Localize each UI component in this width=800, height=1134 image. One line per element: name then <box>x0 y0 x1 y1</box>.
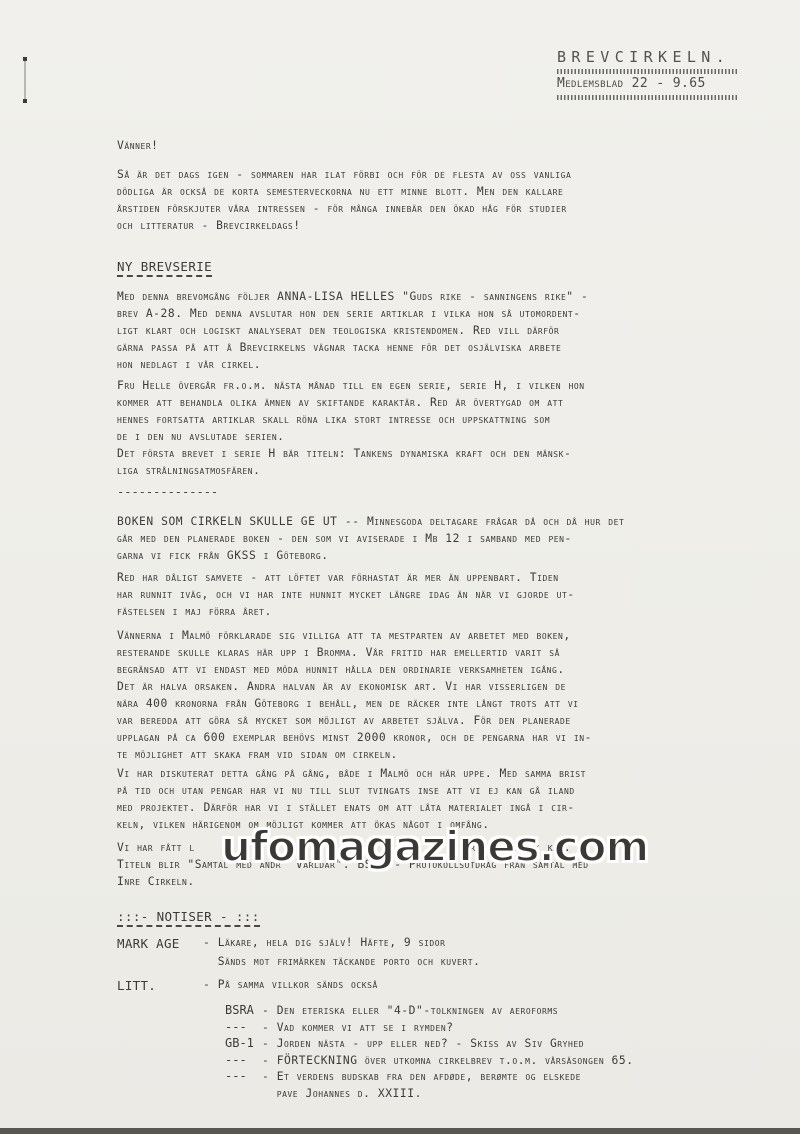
text-line: begränsad att vi endast med möda hunnit … <box>117 661 777 678</box>
sub-text: - Vad kommer vi att se i rymden? <box>262 1019 454 1036</box>
text-line: Vännerna i Malmö förklarade sig villiga … <box>117 627 777 644</box>
sub-label: GB-1 <box>225 1035 254 1051</box>
notice-sub-list: BSRA - Den eteriska eller "4-D"-tolkning… <box>117 1002 777 1101</box>
text-line: dödliga är också de korta semesterveckor… <box>117 183 777 200</box>
text-line: gärna passa på att å Brevcirkelns vägnar… <box>117 339 777 356</box>
notice-list: MARK AGE - Läkare, hela dig själv! Häfte… <box>117 934 777 995</box>
sub-text: pave Johannes d. XXIII. <box>262 1085 422 1102</box>
text-line: te möjlighet att skaka fram vid sidan om… <box>117 746 777 763</box>
boken-paragraph-1: BOKEN SOM CIRKELN SKULLE GE UT -- Minnes… <box>117 513 777 564</box>
sub-item: BSRA - Den eteriska eller "4-D"-tolkning… <box>117 1002 777 1019</box>
text-line: nära 400 kronorna från Göteborg i behåll… <box>117 695 777 712</box>
newsletter-title: BREVCIRKELN. <box>557 48 777 66</box>
greeting: Vänner! <box>117 137 777 154</box>
masthead-rule-bottom <box>557 95 737 100</box>
notice-text: - Läkare, hela dig själv! Häfte, 9 sidor <box>203 934 445 951</box>
section-notiser: :::- NOTISER - ::: <box>117 906 777 927</box>
masthead-rule-top <box>557 69 737 74</box>
sub-text: - Den eteriska eller "4-D"-tolkningen av… <box>262 1002 558 1019</box>
issue-label: Medlemsblad 22 - 9.65 <box>557 76 777 92</box>
notice-item: MARK AGE - Läkare, hela dig själv! Häfte… <box>117 934 777 953</box>
boken-paragraph-3: Vännerna i Malmö förklarade sig villiga … <box>117 627 777 763</box>
greeting-text: Vänner! <box>117 137 777 154</box>
sub-label: --- <box>225 1019 247 1035</box>
notice-item: LITT. - På samma villkor sänds också <box>117 976 777 995</box>
divider-line: -------------- <box>117 486 777 498</box>
text-line: med projektet. Därför har vi i stället e… <box>117 799 777 816</box>
sub-label: --- <box>225 1052 247 1068</box>
watermark: ufomagazines.com <box>221 824 648 870</box>
notice-item-continued: Sänds mot frimärken täckande porto och k… <box>117 953 777 972</box>
text-line: garna vi fick från GKSS i Göteborg. <box>117 547 777 564</box>
page-bottom-edge <box>0 1128 800 1134</box>
text-line: på tid och utan pengar har vi nu till sl… <box>117 782 777 799</box>
text-line: årstiden förskjuter våra intressen - för… <box>117 200 777 217</box>
text-line: Inre Cirkeln. <box>117 873 777 890</box>
text-line: hon nedlagt i vår cirkel. <box>117 356 777 373</box>
text-line: Vi har diskuterat detta gång på gång, bå… <box>117 765 777 782</box>
sub-item: --- - Et verdens budskab fra den afdøde,… <box>117 1068 777 1085</box>
text-line: brev A-28. Med denna avslutar hon den se… <box>117 305 777 322</box>
section-heading: :::- NOTISER - ::: <box>117 909 260 927</box>
sub-label: --- <box>225 1068 247 1084</box>
text-line: var beredda att göra så mycket som möjli… <box>117 712 777 729</box>
text-line: Med denna brevomgång följer ANNA-LISA HE… <box>117 288 777 305</box>
text-line: BOKEN SOM CIRKELN SKULLE GE UT -- Minnes… <box>117 513 777 530</box>
sub-item: --- - FÖRTECKNING över utkomna cirkelbre… <box>117 1052 777 1069</box>
text-line: går med den planerade boken - den som vi… <box>117 530 777 547</box>
text-line: de i den nu avslutade serien. <box>117 428 777 445</box>
text-line: Så är det dags igen - sommaren har ilat … <box>117 166 777 183</box>
sub-text: - FÖRTECKNING över utkomna cirkelbrev t.… <box>262 1052 634 1069</box>
section-heading: NY BREVSERIE <box>117 259 212 277</box>
sub-text: - Et verdens budskab fra den afdøde, ber… <box>262 1068 581 1085</box>
intro-paragraph: Så är det dags igen - sommaren har ilat … <box>117 166 777 234</box>
text-line: fästelsen i maj förra året. <box>117 603 777 620</box>
sub-item-continued: pave Johannes d. XXIII. <box>117 1085 777 1102</box>
masthead: BREVCIRKELN. Medlemsblad 22 - 9.65 <box>557 48 777 102</box>
section-ny-brevserie: NY BREVSERIE <box>117 256 777 277</box>
notice-text: - På samma villkor sänds också <box>203 976 378 993</box>
brevserie-paragraph-2: Fru Helle övergår fr.o.m. nästa månad ti… <box>117 377 777 479</box>
text-line: Red har dåligt samvete - att löftet var … <box>117 569 777 586</box>
text-line: hennes fortsatta artiklar skall röna lik… <box>117 411 777 428</box>
staple-mark <box>24 57 26 103</box>
notice-label: MARK AGE <box>117 934 180 953</box>
text-line: kommer att behandla olika ämnen av skift… <box>117 394 777 411</box>
text-line: resterande skulle klaras här upp i Bromm… <box>117 644 777 661</box>
notice-text: Sänds mot frimärken täckande porto och k… <box>203 953 480 970</box>
document-page: BREVCIRKELN. Medlemsblad 22 - 9.65 Vänne… <box>0 0 800 1128</box>
notice-label: LITT. <box>117 976 156 995</box>
sub-item: GB-1 - Jorden nästa - upp eller ned? - S… <box>117 1035 777 1052</box>
text-line: Det första brevet i serie H bär titeln: … <box>117 445 777 462</box>
sub-label: BSRA <box>225 1002 254 1018</box>
boken-paragraph-2: Red har dåligt samvete - att löftet var … <box>117 569 777 620</box>
brevserie-paragraph-1: Med denna brevomgång följer ANNA-LISA HE… <box>117 288 777 373</box>
text-line: Det är halva orsaken. Andra halvan är av… <box>117 678 777 695</box>
text-line: liga strålningsatmosfären. <box>117 462 777 479</box>
text-line: Fru Helle övergår fr.o.m. nästa månad ti… <box>117 377 777 394</box>
text-line: och litteratur - Brevcirkeldags! <box>117 217 777 234</box>
sub-item: --- - Vad kommer vi att se i rymden? <box>117 1019 777 1036</box>
section-divider: -------------- <box>117 486 777 498</box>
text-line: ligt klart och logiskt analyserat den te… <box>117 322 777 339</box>
sub-text: - Jorden nästa - upp eller ned? - Skiss … <box>262 1035 584 1052</box>
text-line: upplagan på ca 600 exemplar behövs minst… <box>117 729 777 746</box>
text-line: har runnit iväg, och vi har inte hunnit … <box>117 586 777 603</box>
